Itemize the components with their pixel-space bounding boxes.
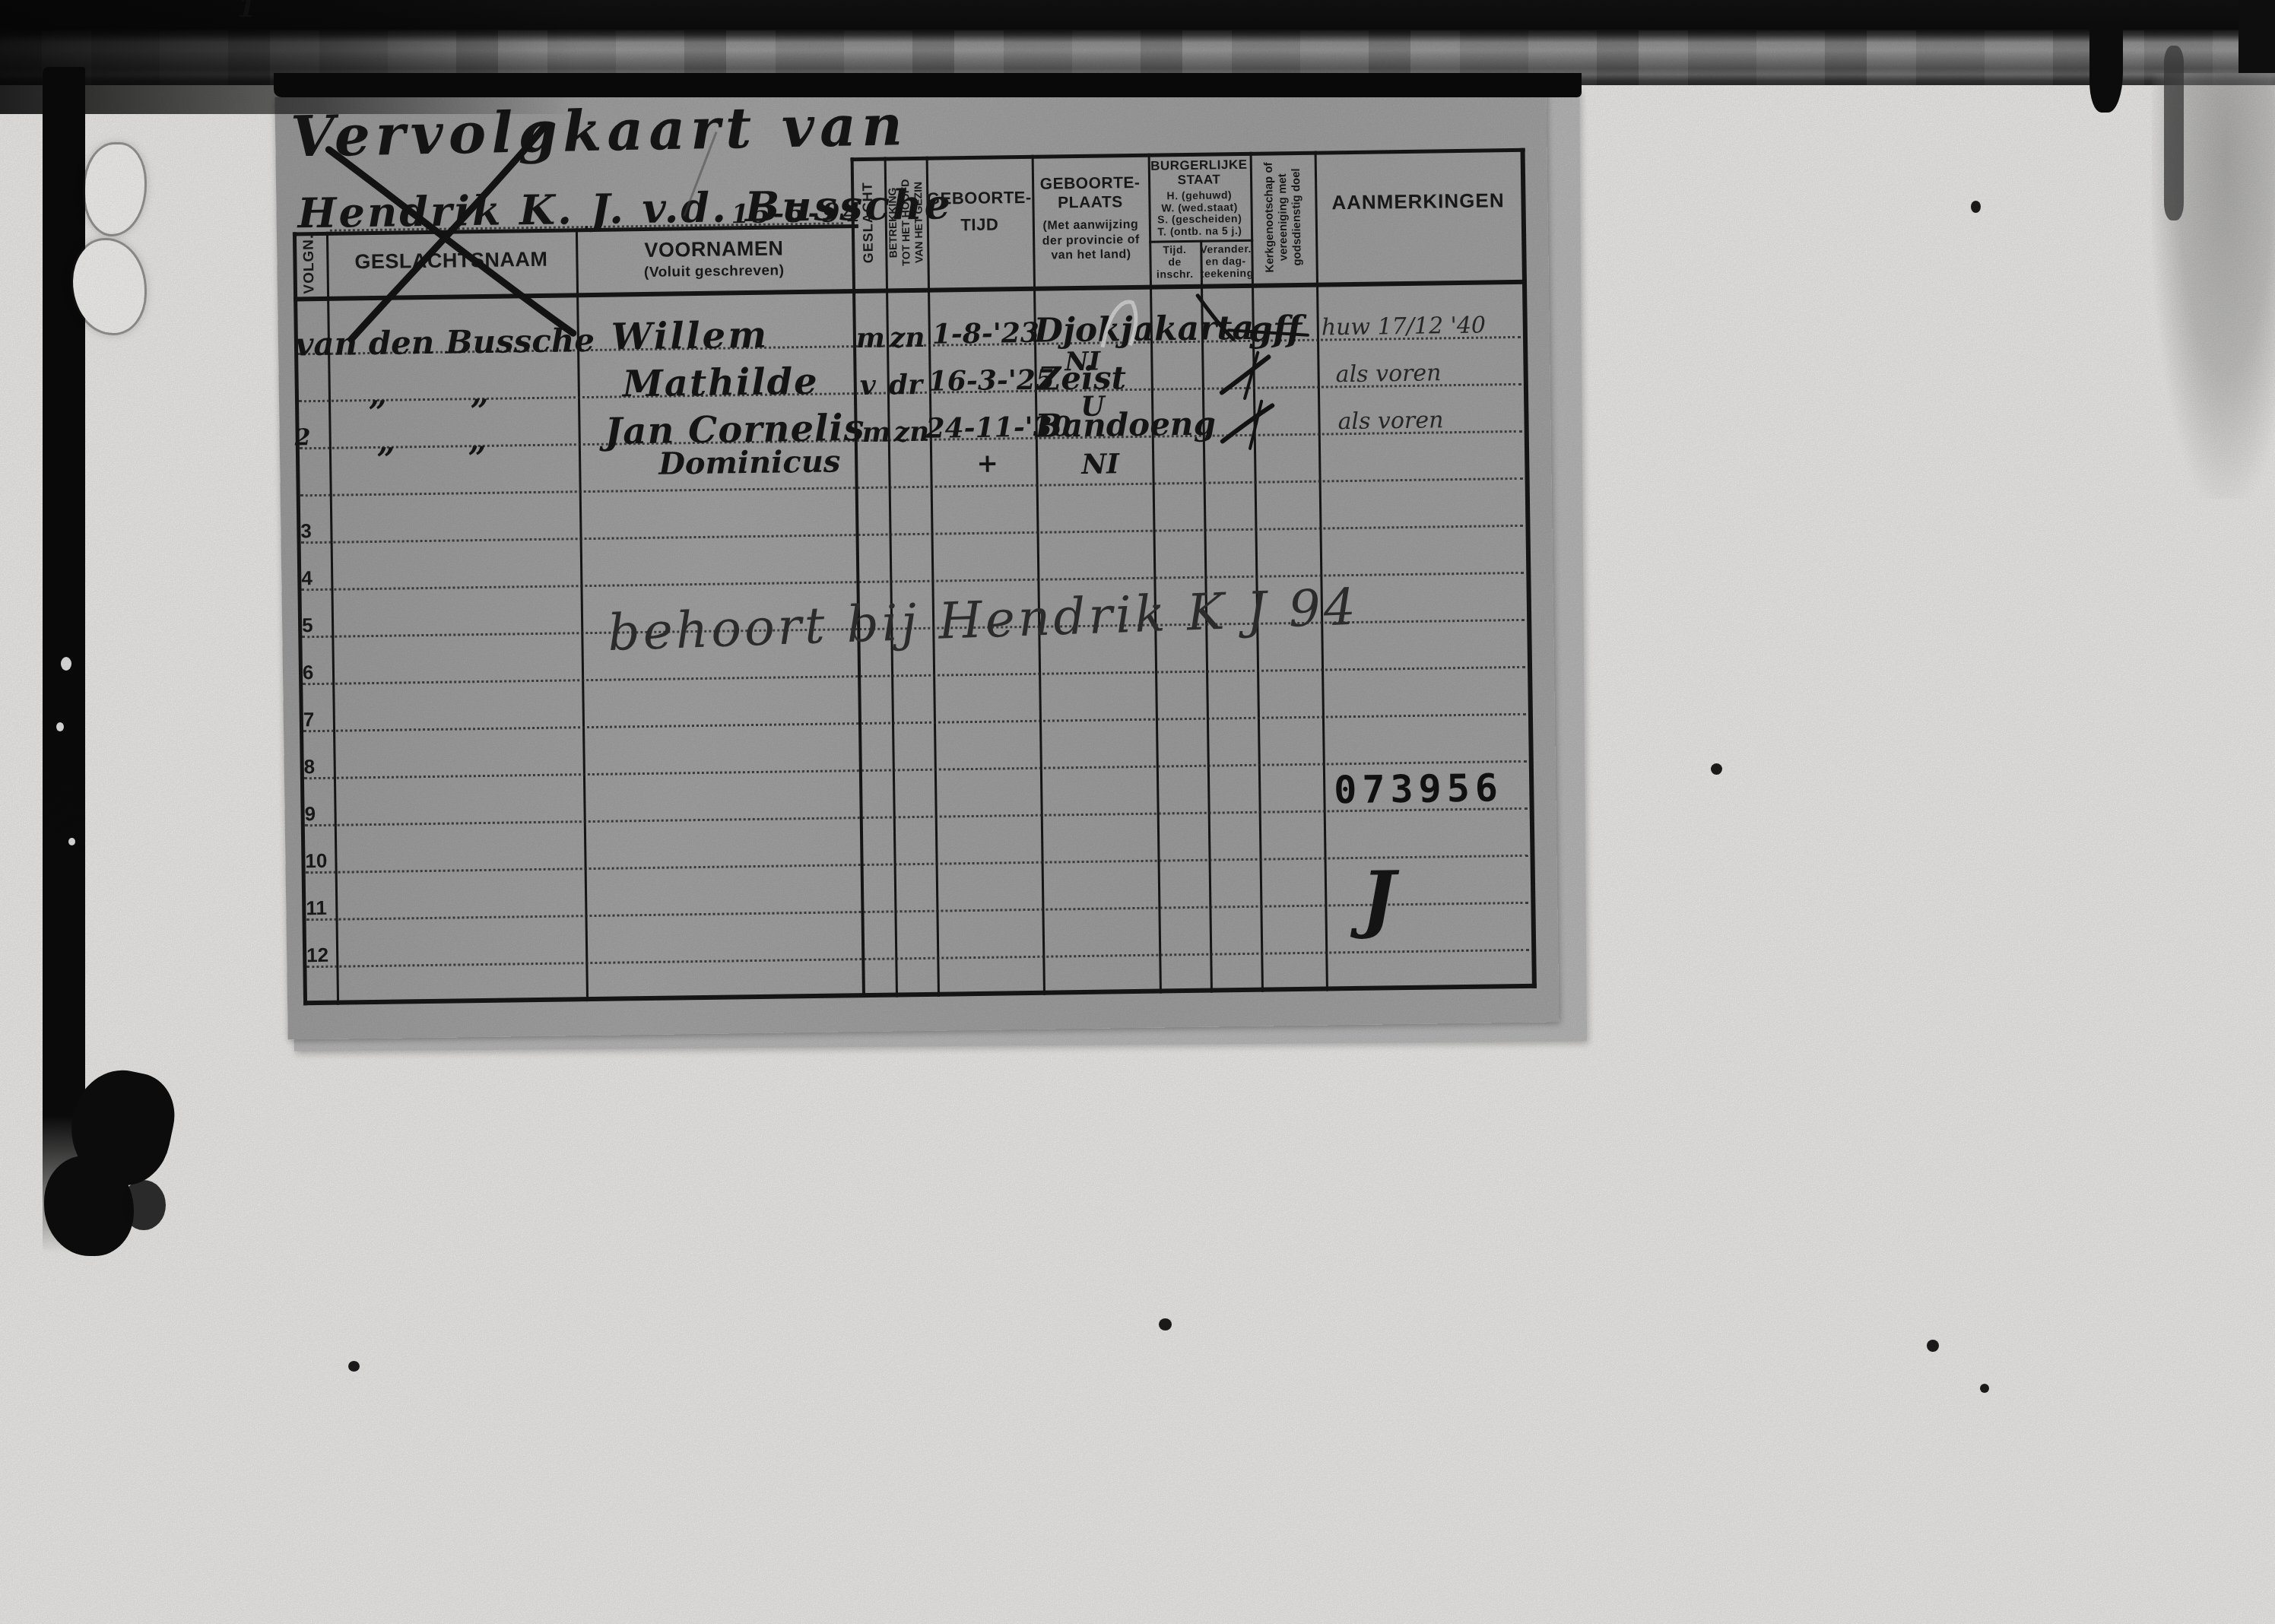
film-speck-3: [68, 838, 75, 845]
right-edge-streak: [2164, 46, 2184, 220]
gezinskaart-card: Vervolgkaart van Hendrik K. J. v.d. Buss…: [274, 79, 1559, 1039]
cross-out-stroke-1: [328, 146, 573, 336]
film-edge-tab: [2089, 23, 2123, 113]
microfilm-scan-page: Vervolgkaart van Hendrik K. J. v.d. Buss…: [0, 0, 2275, 1624]
church-strike-line: [1229, 329, 1308, 336]
cross-out-stroke-2: [348, 128, 546, 340]
bottom-left-blotch-3: [122, 1180, 166, 1230]
row3-check-cross: [1249, 401, 1262, 449]
row3-check-stroke: [1222, 405, 1273, 441]
film-speck-2: [56, 722, 64, 731]
torn-paper-blob-1: [85, 144, 144, 234]
ink-strokes-overlay: [274, 79, 1559, 1039]
pencil-scratch: [683, 132, 718, 217]
church-strike-stroke: [1198, 295, 1233, 340]
film-speck-1: [61, 657, 71, 671]
dust-dot-5: [1927, 1340, 1939, 1352]
film-edge-pen-mark: 1: [237, 0, 256, 21]
dust-dot-6: [1980, 1384, 1989, 1393]
row2-check-stroke: [1221, 357, 1269, 393]
white-emulsion-scratch: [1102, 302, 1136, 347]
dust-dot-4: [348, 1361, 360, 1372]
dust-dot-2: [1711, 763, 1722, 775]
card-top-edge-shadow: [274, 73, 1582, 97]
dust-dot-1: [1971, 201, 1981, 213]
top-right-corner-dark: [2239, 0, 2275, 73]
dust-dot-3: [1159, 1318, 1172, 1331]
